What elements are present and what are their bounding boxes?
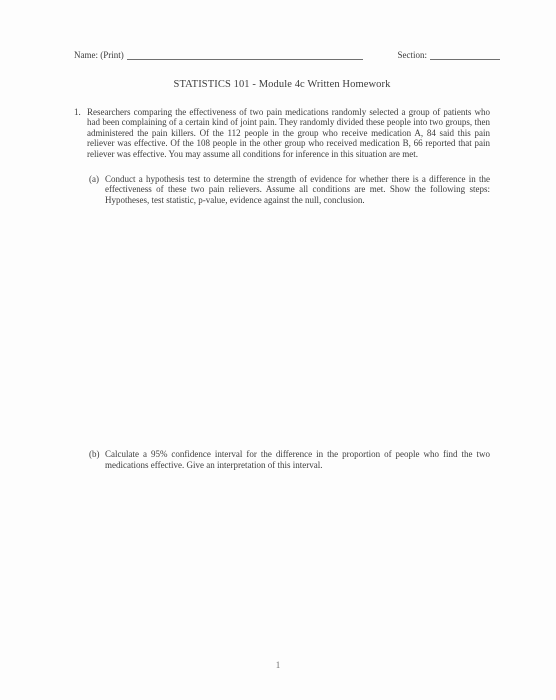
page-number: 1: [276, 660, 281, 670]
problem-1-row: 1. Researchers comparing the effectivene…: [74, 107, 490, 470]
name-label: Name: (Print): [74, 50, 124, 60]
part-a-text: Conduct a hypothesis test to determine t…: [105, 174, 490, 205]
part-b-label: (b): [89, 449, 105, 470]
section-field: Section:: [398, 50, 501, 60]
problem-number: 1.: [74, 107, 87, 470]
name-blank-line: [127, 50, 363, 60]
header: Name: (Print) Section:: [74, 50, 500, 60]
section-blank-line: [430, 50, 500, 60]
part-b-text: Calculate a 95% confidence interval for …: [105, 449, 490, 470]
part-a-label: (a): [89, 174, 105, 205]
answer-space-a: [87, 205, 490, 434]
name-field: Name: (Print): [74, 50, 363, 60]
problem-1: 1. Researchers comparing the effectivene…: [74, 107, 490, 470]
page-footer: 1: [0, 660, 556, 670]
problem-body: Researchers comparing the effectiveness …: [87, 107, 490, 470]
part-b: (b) Calculate a 95% confidence interval …: [89, 449, 490, 470]
problem-statement: Researchers comparing the effectiveness …: [87, 107, 490, 159]
part-a: (a) Conduct a hypothesis test to determi…: [89, 174, 490, 205]
document-title: STATISTICS 101 - Module 4c Written Homew…: [74, 79, 490, 90]
document-page: Name: (Print) Section: STATISTICS 101 - …: [0, 0, 556, 700]
section-label: Section:: [398, 50, 428, 60]
